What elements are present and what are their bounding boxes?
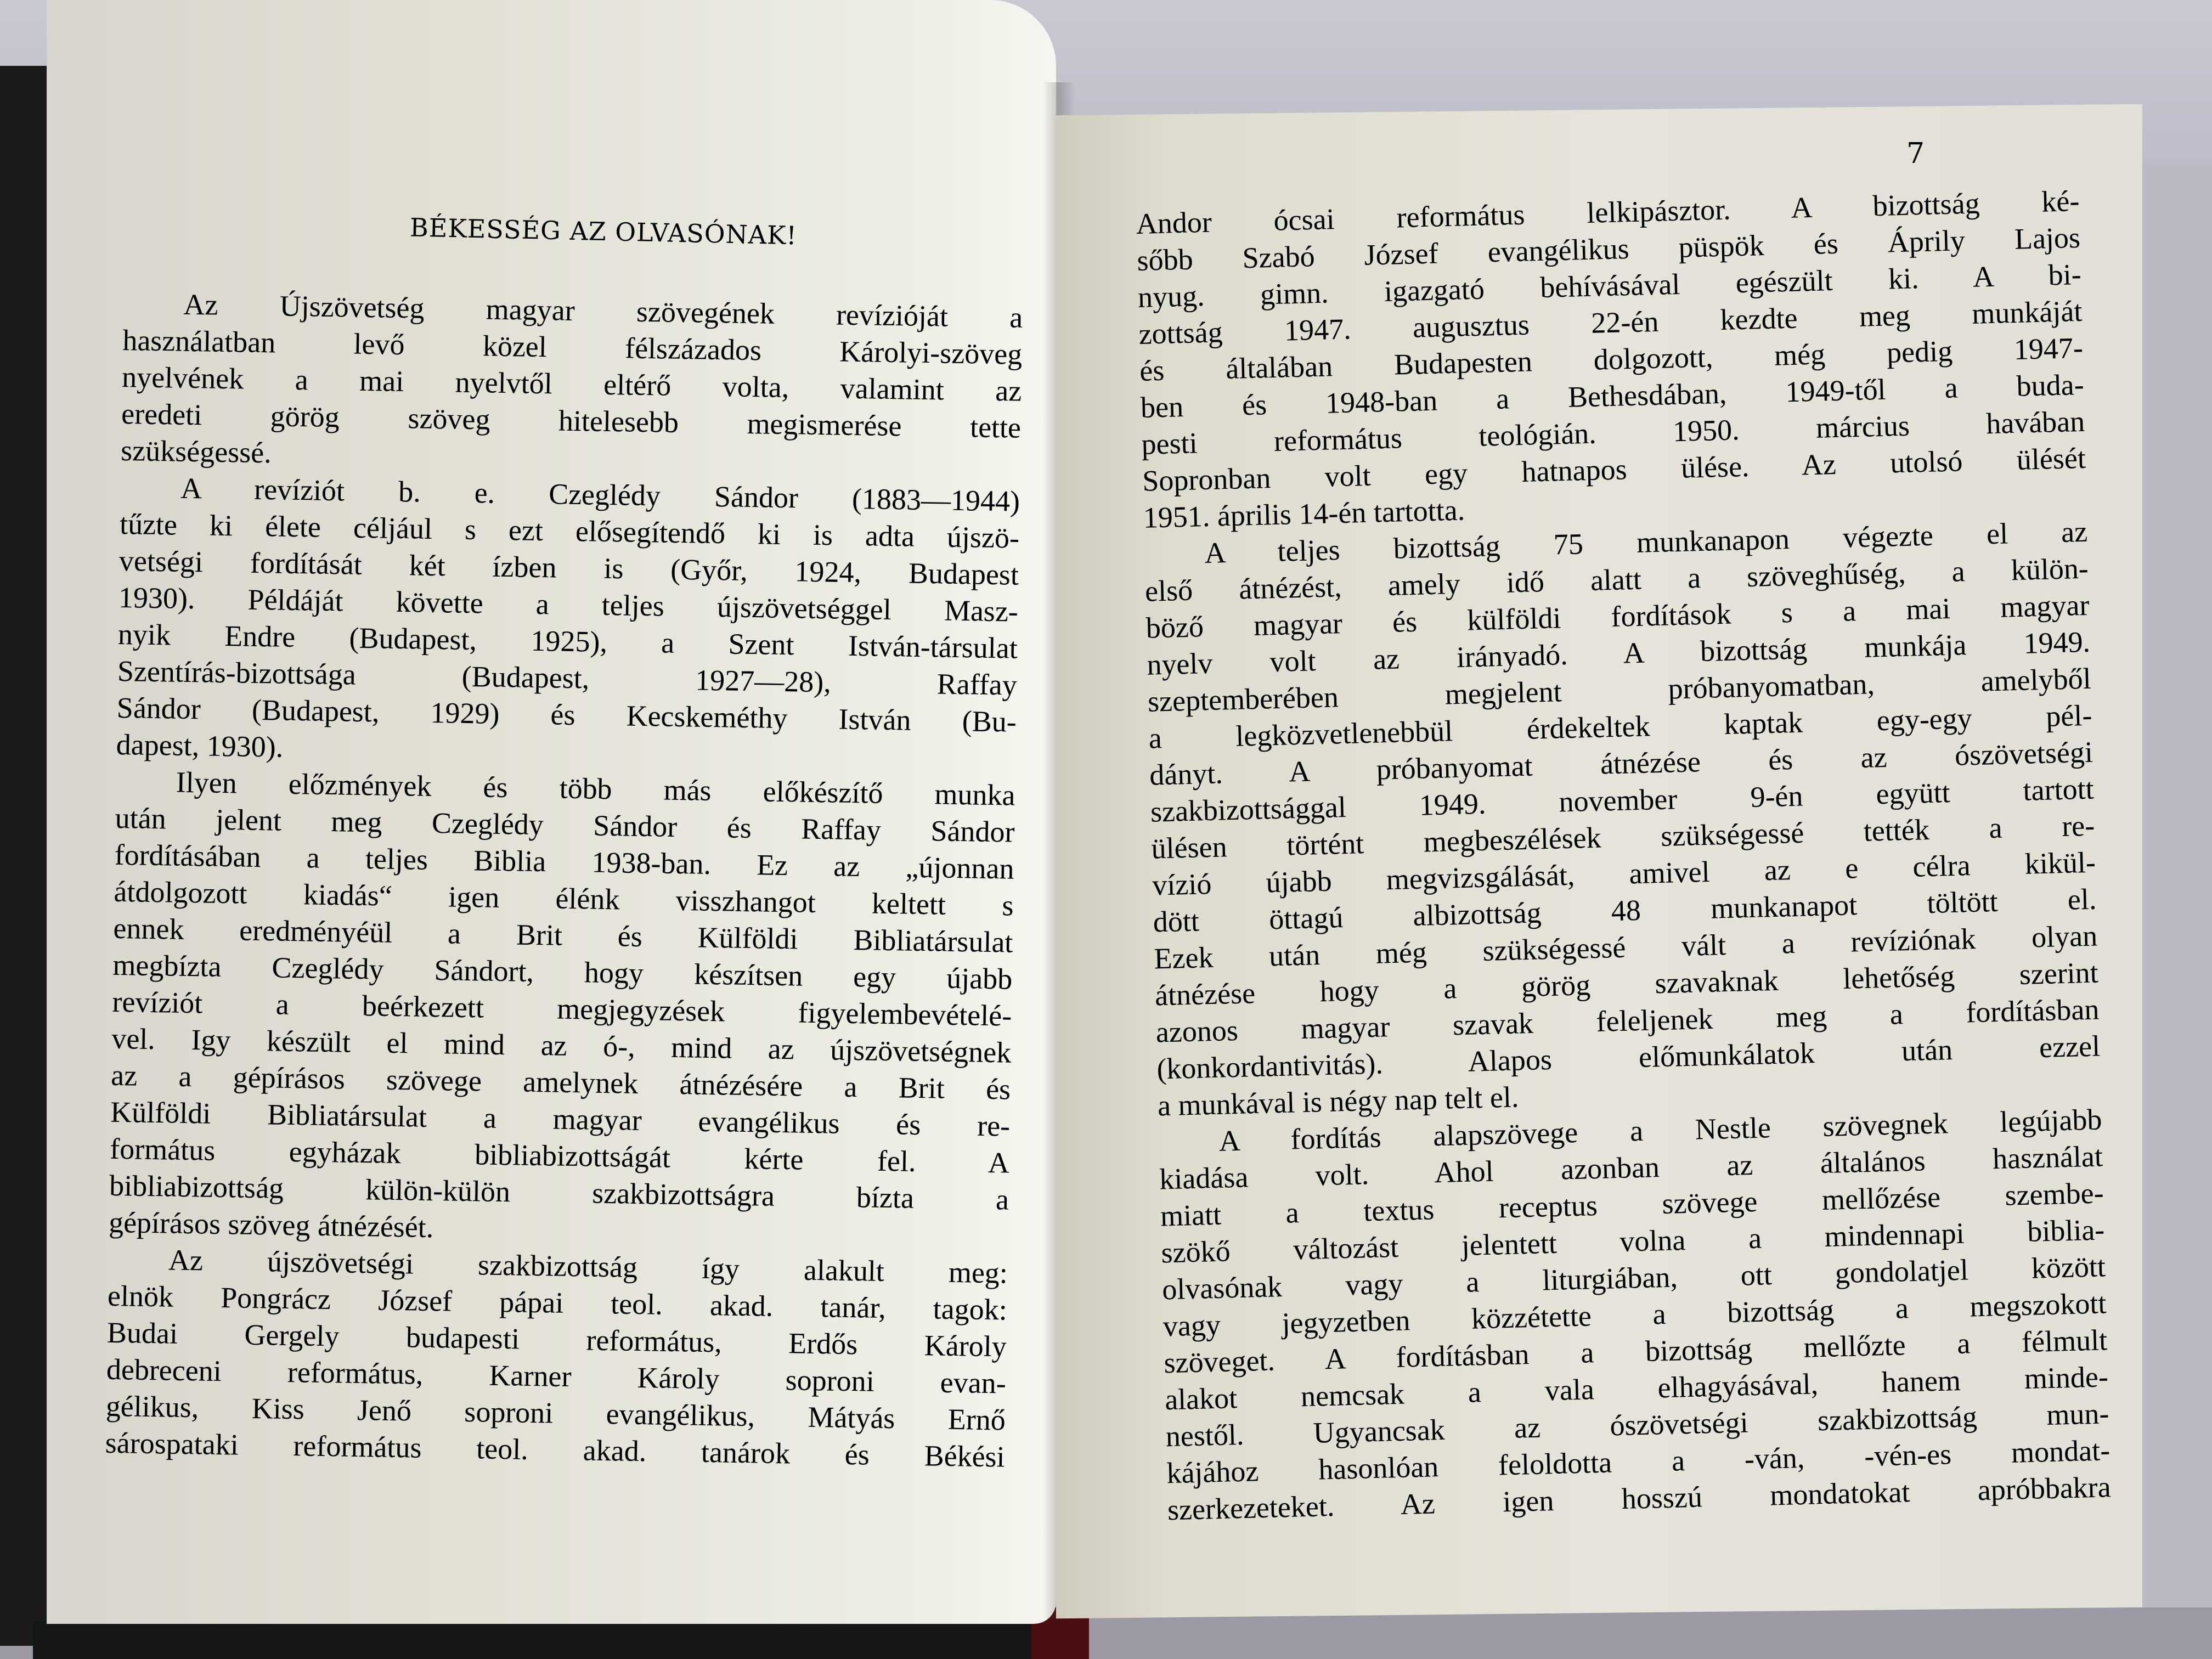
paragraph: A revíziót b. e. Czeglédy Sándor (1883—1… [116, 469, 1020, 777]
book-cover-left [0, 66, 49, 1646]
page-number: 7 [1906, 137, 1925, 170]
paragraph: Az újszövetségi szakbizottság így alakul… [105, 1241, 1008, 1476]
book-cover-bottom [33, 1621, 1075, 1659]
left-page-body: Az Újszövetség magyar szövegének revízió… [105, 285, 1023, 1475]
paragraph: Az Újszövetség magyar szövegének revízió… [121, 285, 1023, 483]
paragraph: A teljes bizottság 75 munkanapon végezte… [1144, 513, 2102, 1125]
paragraph: Andor ócsai református lelkipásztor. A b… [1136, 183, 2087, 537]
right-page-body: Andor ócsai református lelkipásztor. A b… [1136, 183, 2111, 1528]
paragraph: A fordítás alapszövege a Nestle szövegne… [1158, 1101, 2111, 1528]
paragraph: Ilyen előzmények és több más előkészítő … [109, 763, 1015, 1255]
